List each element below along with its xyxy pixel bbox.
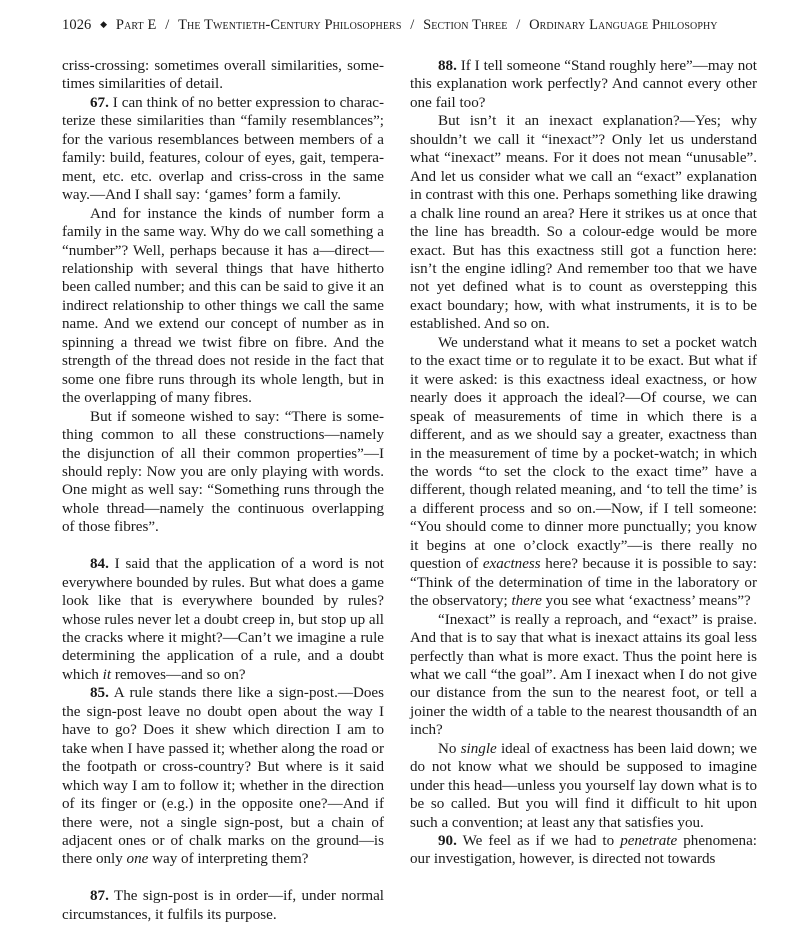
section-number: 90. (438, 833, 457, 849)
paragraph-67-disjunction: But if someone wished to say: “There is … (62, 408, 384, 537)
section-number: 88. (438, 58, 457, 74)
separator: / (516, 17, 520, 33)
paragraph-88: 88. If I tell someone “Stand roughly her… (410, 57, 757, 112)
section-label: Section Three (423, 17, 507, 33)
separator: / (165, 17, 169, 33)
paragraph-88-inexact: But isn’t it an inexact explanation?—Yes… (410, 112, 757, 333)
paragraph-90: 90. We feel as if we had to penetrate ph… (410, 832, 757, 869)
chapter-title: Ordinary Language Philosophy (529, 17, 718, 33)
book-part-title: The Twentieth-Century Philosophers (178, 17, 401, 33)
paragraph-87: 87. The sign-post is in order—if, under … (62, 887, 384, 924)
paragraph-85: 85. A rule stands there like a sign-post… (62, 684, 384, 869)
paragraph-67: 67. I can think of no better expression … (62, 94, 384, 205)
page-number: 1026 (62, 17, 91, 33)
running-header: 1026 ◆ Part E / The Twentieth-Century Ph… (62, 17, 762, 34)
paragraph-67-number-family: And for instance the kinds of number for… (62, 205, 384, 408)
right-column: 88. If I tell someone “Stand roughly her… (410, 57, 757, 869)
paragraph-continuation: criss-crossing: sometimes overall simila… (62, 57, 384, 94)
section-number: 67. (90, 95, 109, 111)
left-column: criss-crossing: sometimes overall simila… (62, 57, 384, 924)
paragraph-88-single-ideal: No single ideal of exactness has been la… (410, 740, 757, 832)
part-label: Part E (116, 17, 157, 33)
section-number: 85. (90, 685, 109, 701)
paragraph-88-pocket-watch: We understand what it means to set a poc… (410, 334, 757, 611)
separator: / (410, 17, 414, 33)
section-number: 87. (90, 888, 109, 904)
paragraph-88-reproach: “Inexact” is really a reproach, and “exa… (410, 611, 757, 740)
section-number: 84. (90, 556, 109, 572)
paragraph-84: 84. I said that the application of a wor… (62, 555, 384, 684)
diamond-bullet-icon: ◆ (100, 19, 107, 30)
